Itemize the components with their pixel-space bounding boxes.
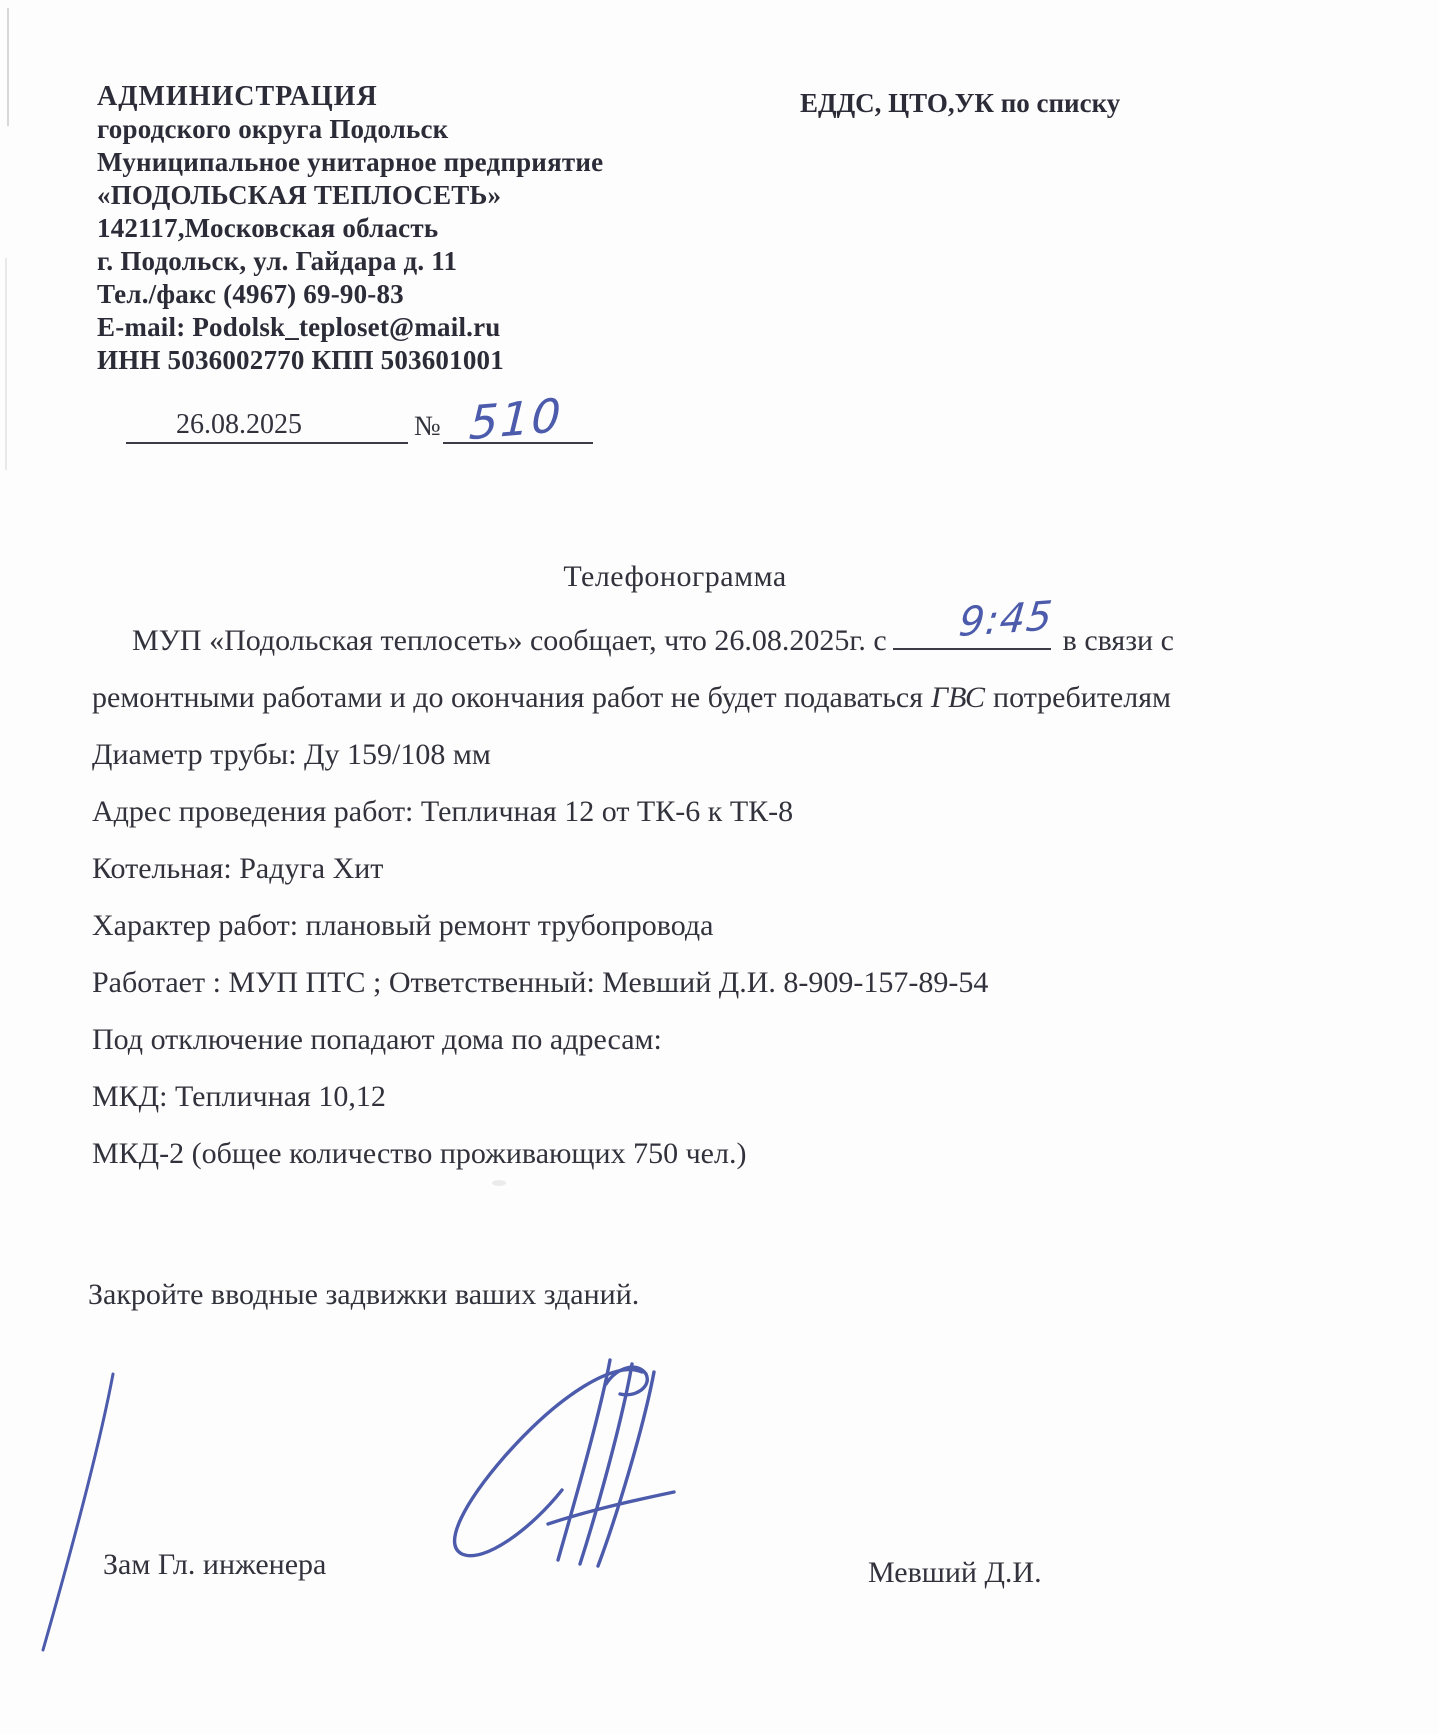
doc-number-row: 26.08.2025 № 510 — [126, 398, 593, 444]
handwritten-doc-number: 510 — [467, 388, 563, 451]
body-line-mkd2: МКД-2 (общее количество проживающих 750 … — [92, 1125, 1352, 1182]
handwritten-time-slot: 9:45 — [893, 612, 1051, 650]
body-text: ремонтными работами и до окончания работ… — [92, 681, 923, 714]
body-line-boiler: Котельная: Радуга Хит — [92, 840, 1352, 897]
gvs-italic-text: ГВС — [931, 681, 985, 714]
body-paragraph-line: ремонтными работами и до окончания работ… — [92, 669, 1352, 726]
doc-date: 26.08.2025 — [162, 408, 316, 444]
body-text: МУП «Подольская теплосеть» сообщает, что… — [132, 624, 887, 657]
underline-segment — [316, 408, 408, 444]
body-text: потребителям — [993, 681, 1171, 714]
body-text: в связи с — [1063, 624, 1174, 657]
letterhead-line: г. Подольск, ул. Гайдара д. 11 — [97, 245, 603, 278]
closing-instruction: Закройте вводные задвижки ваших зданий. — [88, 1278, 639, 1312]
scan-artifact — [5, 258, 7, 470]
letterhead-line: «ПОДОЛЬСКАЯ ТЕПЛОСЕТЬ» — [97, 179, 603, 212]
letterhead-email-line: E-mail: Podolsk_teploset@mail.ru — [97, 311, 603, 344]
document-body: МУП «Подольская теплосеть» сообщает, что… — [92, 612, 1352, 1182]
signatory-name: Мевший Д.И. — [868, 1556, 1042, 1590]
underline-segment — [126, 408, 162, 444]
body-line-affected-header: Под отключение попадают дома по адресам: — [92, 1011, 1352, 1068]
doc-number-slot: 510 — [443, 408, 593, 444]
body-line-address: Адрес проведения работ: Тепличная 12 от … — [92, 783, 1352, 840]
body-line-work-type: Характер работ: плановый ремонт трубопро… — [92, 897, 1352, 954]
scan-artifact — [7, 8, 9, 126]
letterhead-line: 142117,Московская область — [97, 212, 603, 245]
handwritten-signature — [410, 1352, 680, 1577]
letterhead-inn-line: ИНН 5036002770 КПП 503601001 — [97, 344, 603, 377]
sender-letterhead: АДМИНИСТРАЦИЯ городского округа Подольск… — [97, 80, 603, 377]
pen-stroke-mark — [35, 1368, 135, 1658]
letterhead-line: АДМИНИСТРАЦИЯ — [97, 80, 603, 113]
number-sign: № — [408, 410, 443, 444]
body-line-responsible: Работает : МУП ПТС ; Ответственный: Мевш… — [92, 954, 1352, 1011]
letterhead-line: Муниципальное унитарное предприятие — [97, 146, 603, 179]
handwritten-time: 9:45 — [916, 588, 1056, 655]
body-line-diameter: Диаметр трубы: Ду 159/108 мм — [92, 726, 1352, 783]
letterhead-line: Тел./факс (4967) 69-90-83 — [97, 278, 603, 311]
document-page: АДМИНИСТРАЦИЯ городского округа Подольск… — [0, 0, 1439, 1734]
recipient-line: ЕДДС, ЦТО,УК по списку — [800, 88, 1120, 119]
letterhead-line: городского округа Подольск — [97, 113, 603, 146]
body-line-mkd: МКД: Тепличная 10,12 — [92, 1068, 1352, 1125]
signatory-position: Зам Гл. инженера — [103, 1548, 326, 1582]
document-title: Телефонограмма — [0, 560, 1350, 594]
body-paragraph-line: МУП «Подольская теплосеть» сообщает, что… — [92, 612, 1352, 669]
